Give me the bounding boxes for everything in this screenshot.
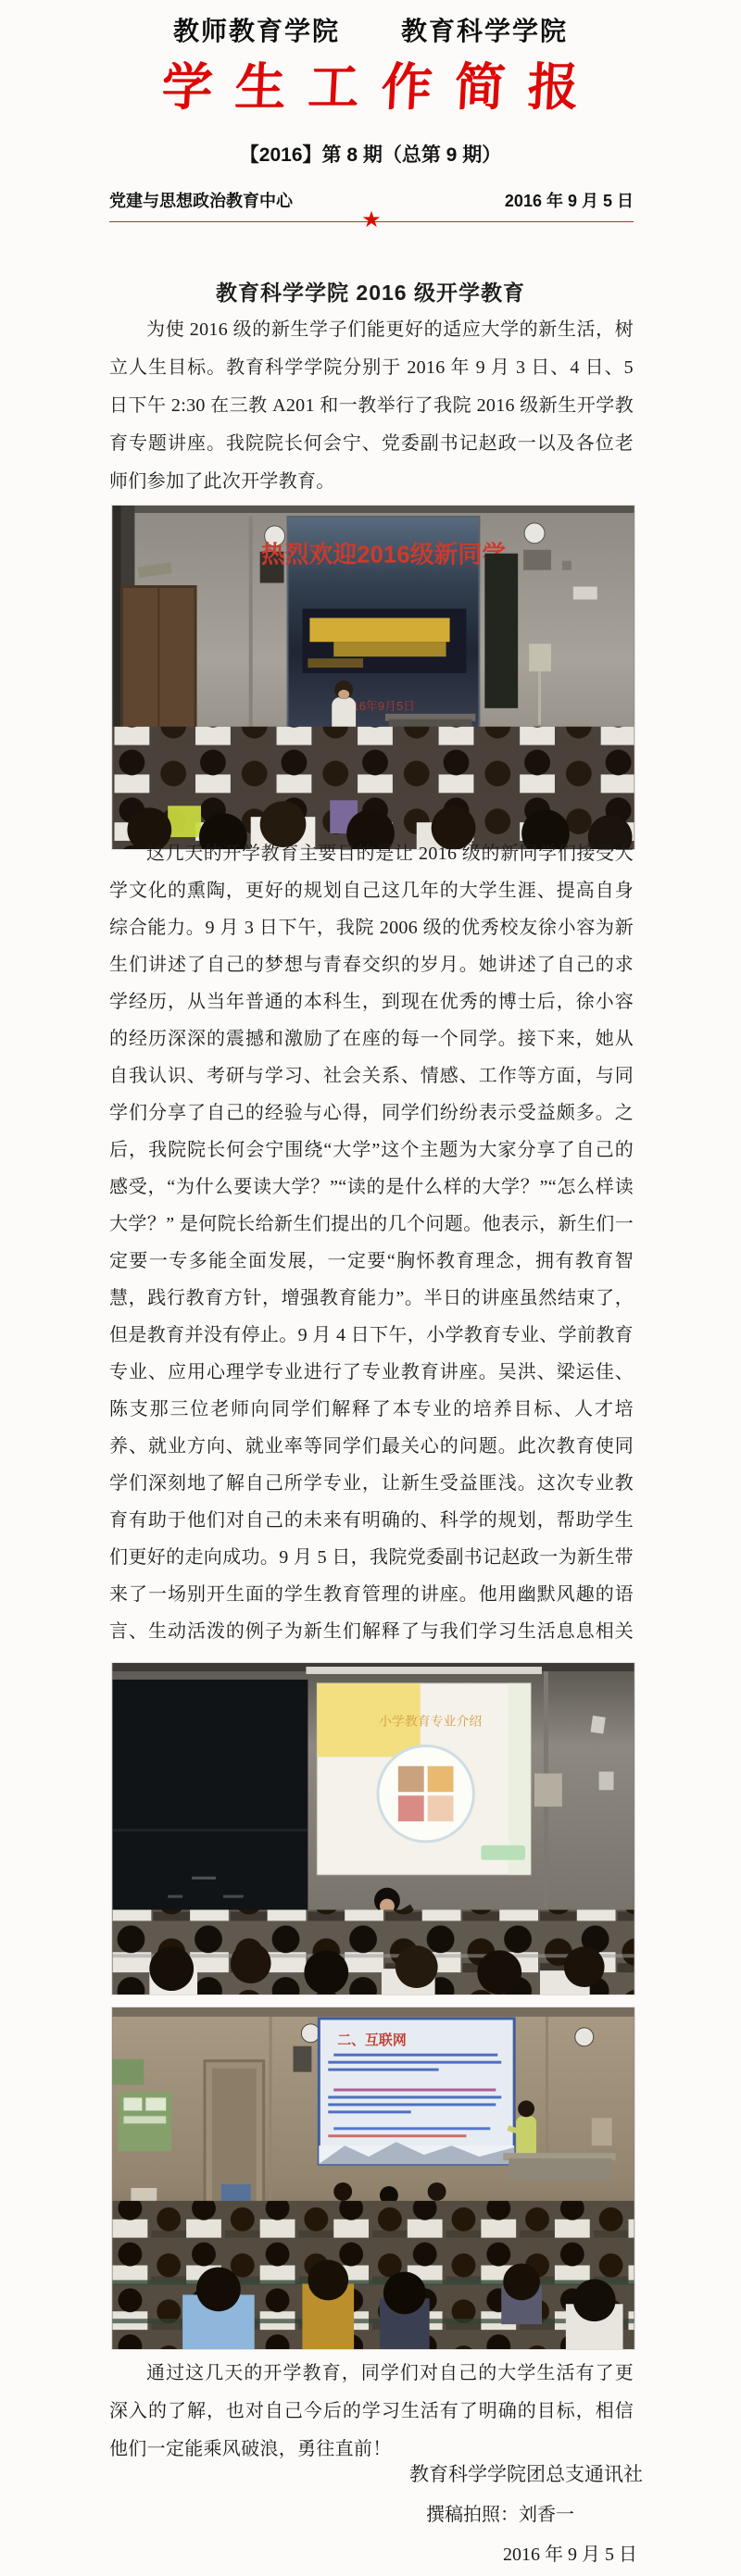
clock-icon (575, 2028, 594, 2046)
issue-line: 【2016】第 8 期（总第 9 期） (0, 140, 741, 168)
projector-screen: 小学教育专业介绍 (317, 1683, 531, 1875)
screen-welcome-text: 热烈欢迎2016级新同学 (261, 542, 507, 569)
photo3-illustration: 二、互联网 (112, 2007, 634, 2349)
college-name-right: 教育科学学院 (401, 11, 568, 48)
photo2-illustration: 小学教育专业介绍 (112, 1663, 634, 1995)
masthead-colleges: 教师教育学院 教育科学学院 (0, 11, 741, 48)
star-icon: ★ (361, 209, 382, 231)
meta-department: 党建与思想政治教育中心 (109, 188, 293, 212)
article-title: 教育科学学院 2016 级开学教育 (0, 276, 741, 306)
bulletin-title: 学生工作简报 (0, 46, 741, 119)
slide-title-text: 二、互联网 (337, 2032, 407, 2048)
audience-crowd (113, 1910, 634, 1995)
photo1-illustration: 热烈欢迎2016级新同学 2016年9月5日 (112, 506, 634, 849)
audience-crowd (113, 727, 634, 849)
bulletin-page: 教师教育学院 教育科学学院 学生工作简报 【2016】第 8 期（总第 9 期）… (0, 0, 741, 2576)
photo-classroom-lecture: 小学教育专业介绍 (111, 1662, 635, 1995)
paragraph-main: 这几天的开学教育主要目的是让 2016 级的新同学们接受大学文化的熏陶，更好的规… (109, 835, 634, 1652)
footer-date: 2016 年 9 月 5 日 (503, 2539, 637, 2566)
photo-lecture-hall-slide: 二、互联网 (111, 2007, 635, 2350)
footer-byline: 撰稿拍照：刘香一 (426, 2499, 574, 2526)
paragraph-closing: 通过这几天的开学教育，同学们对自己的大学生活有了更深入的了解，也对自己今后的学习… (109, 2355, 634, 2471)
clock-icon (524, 523, 545, 544)
projector-screen: 热烈欢迎2016级新同学 2016年9月5日 (261, 517, 507, 736)
footer-organization: 教育科学学院团总支通讯社 (409, 2459, 643, 2487)
projector-screen: 二、互联网 (319, 2019, 514, 2164)
audience-crowd (113, 2182, 634, 2349)
meta-date: 2016 年 9 月 5 日 (505, 188, 634, 212)
paragraph-intro: 为使 2016 级的新生学子们能更好的适应大学的新生活，树立人生目标。教育科学学… (109, 311, 634, 502)
divider-rule: ★ (109, 221, 634, 222)
slide-title-text: 小学教育专业介绍 (379, 1714, 482, 1729)
photo-lecture-hall-welcome: 热烈欢迎2016级新同学 2016年9月5日 (111, 505, 635, 850)
college-name-left: 教师教育学院 (173, 11, 340, 48)
clock-icon (301, 2024, 320, 2043)
